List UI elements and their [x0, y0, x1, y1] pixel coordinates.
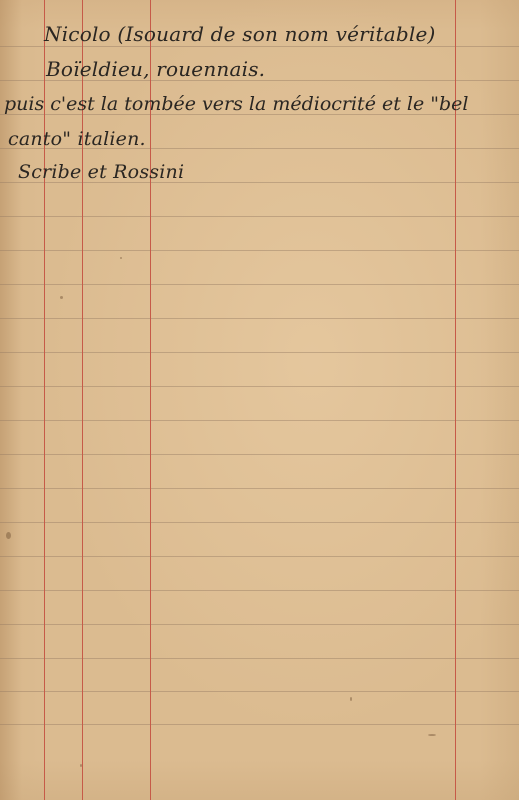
paper-speck	[350, 697, 352, 701]
paper-speck	[80, 764, 82, 767]
margin-line-3	[150, 0, 151, 800]
notebook-page: Nicolo (Isouard de son nom véritable) Bo…	[0, 0, 519, 800]
handwriting-line-1: Nicolo (Isouard de son nom véritable)	[44, 22, 436, 46]
ruled-line	[0, 216, 519, 217]
paper-speck	[120, 257, 122, 259]
ruled-line	[0, 46, 519, 47]
handwriting-line-4: canto" italien.	[8, 128, 146, 150]
handwriting-line-3: puis c'est la tombée vers la médiocrité …	[4, 93, 468, 115]
paper-speck	[6, 532, 11, 539]
ruled-line	[0, 522, 519, 523]
paper-speck	[428, 734, 436, 736]
handwriting-line-2: Boïeldieu, rouennais.	[46, 57, 265, 81]
ruled-line	[0, 658, 519, 659]
paper-speck	[60, 296, 63, 299]
ruled-line	[0, 488, 519, 489]
ruled-line	[0, 284, 519, 285]
ruled-line	[0, 420, 519, 421]
ruled-line	[0, 318, 519, 319]
ruled-line	[0, 556, 519, 557]
ruled-line	[0, 454, 519, 455]
ruled-line	[0, 691, 519, 692]
handwriting-line-5: Scribe et Rossini	[18, 161, 184, 183]
ruled-line	[0, 250, 519, 251]
ruled-line	[0, 624, 519, 625]
ruled-line	[0, 724, 519, 725]
margin-line-right	[455, 0, 456, 800]
ruled-line	[0, 352, 519, 353]
ruled-line	[0, 590, 519, 591]
ruled-line	[0, 386, 519, 387]
margin-line-1	[44, 0, 45, 800]
margin-line-2	[82, 0, 83, 800]
